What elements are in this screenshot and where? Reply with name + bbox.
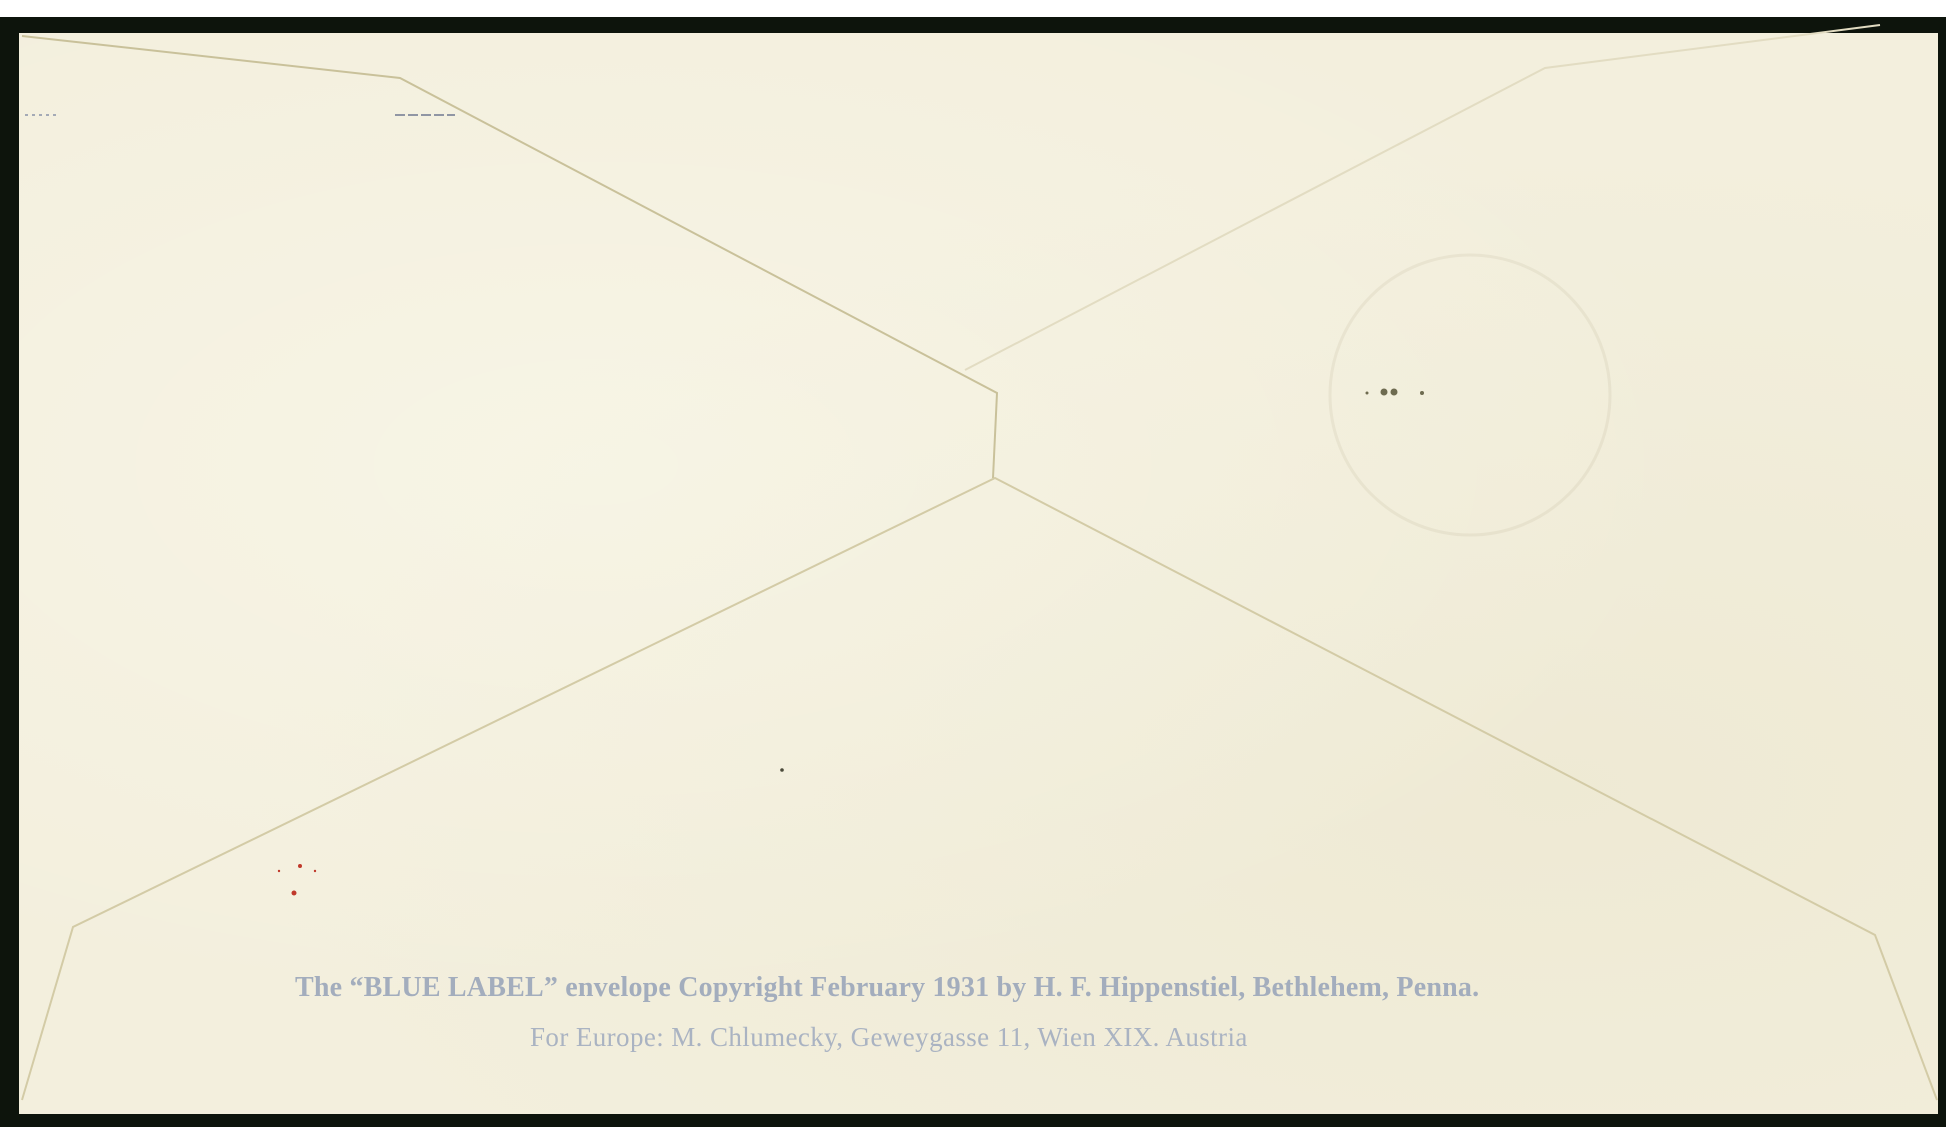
envelope-back — [19, 33, 1938, 1114]
europe-agent-imprint: For Europe: M. Chlumecky, Geweygasse 11,… — [530, 1022, 1248, 1053]
copyright-imprint: The “BLUE LABEL” envelope Copyright Febr… — [295, 972, 1479, 1004]
